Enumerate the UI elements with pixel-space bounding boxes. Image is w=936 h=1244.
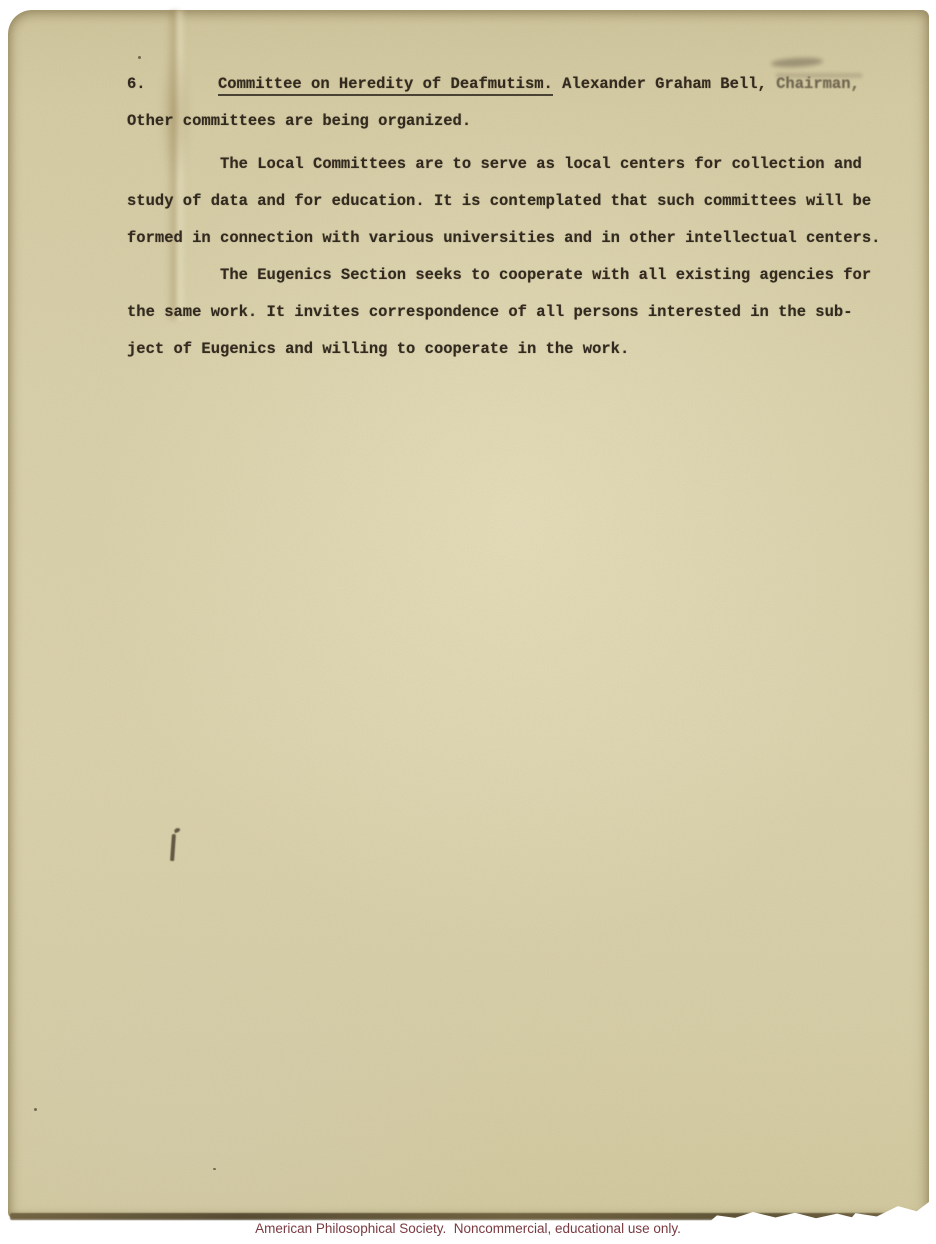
heading-suffix: Alexander Graham Bell, [553,75,776,93]
typed-line: The Local Committees are to serve as loc… [127,146,927,183]
paper-tear [847,1197,932,1223]
typed-line-heading: 6.Committee on Heredity of Deafmutism. A… [127,66,927,103]
typed-text-block: 6.Committee on Heredity of Deafmutism. A… [127,66,927,368]
typed-line: ject of Eugenics and willing to cooperat… [127,331,927,368]
typed-line: formed in connection with various univer… [127,220,927,257]
ink-mark [170,834,176,861]
typed-line: the same work. It invites correspondence… [127,294,927,331]
ink-speck [213,1168,216,1170]
attribution-footer: American Philosophical Society. Noncomme… [0,1221,936,1236]
typed-line: study of data and for education. It is c… [127,183,927,220]
item-number: 6. [127,66,218,103]
document-page: 6.Committee on Heredity of Deafmutism. A… [8,10,929,1218]
section-heading: Committee on Heredity of Deafmutism. [218,75,553,96]
smudged-word: Chairman, [776,66,860,103]
typed-line: Other committees are being organized. [127,103,927,140]
ink-speck [34,1108,37,1111]
ink-speck [138,56,141,59]
scanned-document: 6.Committee on Heredity of Deafmutism. A… [0,0,936,1244]
typed-line: The Eugenics Section seeks to cooperate … [127,257,927,294]
